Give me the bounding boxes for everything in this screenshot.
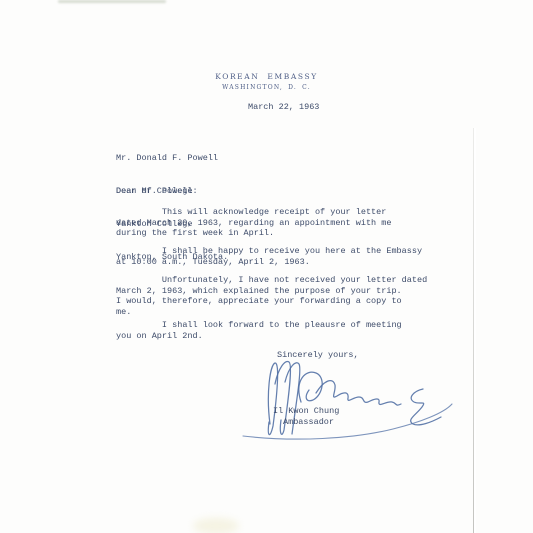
letterhead-org: KOREAN EMBASSY <box>0 72 533 81</box>
signer-name: Il Kwon Chung <box>273 406 339 417</box>
letterhead-location: WASHINGTON, D. C. <box>0 84 533 91</box>
letterhead: KOREAN EMBASSY WASHINGTON, D. C. <box>0 72 533 91</box>
paper-right-edge <box>473 128 474 533</box>
salutation: Dear Mr. Powell: <box>116 186 198 197</box>
letter-date: March 22, 1963 <box>248 102 319 113</box>
body-paragraph-1: This will acknowledge receipt of your le… <box>116 207 391 239</box>
scan-top-smudge <box>58 0 166 3</box>
recipient-name: Mr. Donald F. Powell <box>116 153 228 164</box>
signer-title: Ambassador <box>283 417 334 428</box>
paper-edge-highlight <box>474 128 476 533</box>
letter-scan: KOREAN EMBASSY WASHINGTON, D. C. March 2… <box>0 0 533 533</box>
signature-ink <box>225 352 460 442</box>
body-paragraph-3: Unfortunately, I have not received your … <box>116 275 427 317</box>
body-paragraph-2: I shall be happy to receive you here at … <box>116 246 422 267</box>
scan-bottom-smudge <box>193 518 239 533</box>
body-paragraph-4: I shall look forward to the pleausre of … <box>116 320 402 341</box>
